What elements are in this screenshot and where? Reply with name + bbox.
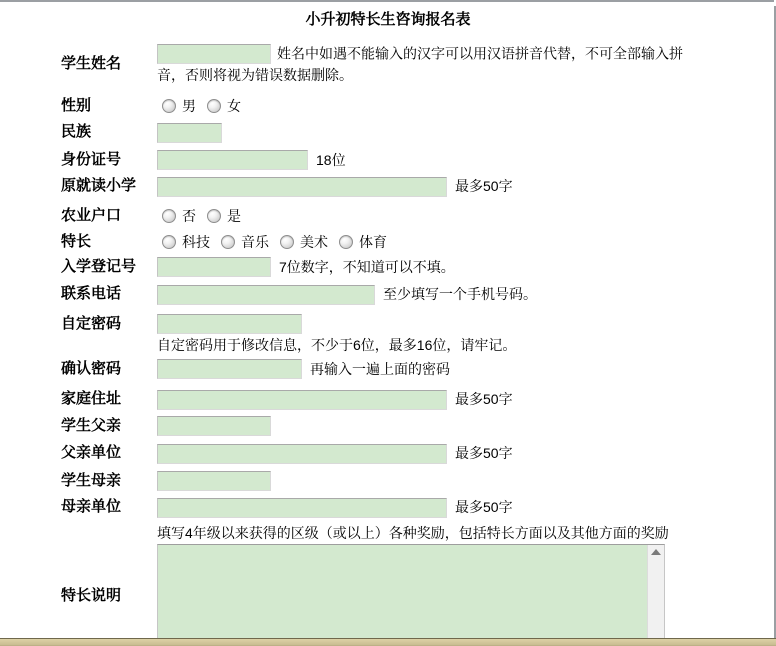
password-content: 自定密码用于修改信息，不少于6位，最多16位，请牢记。: [157, 314, 516, 354]
field-row-specialty-desc: 特长说明 填写4年级以来获得的区级（或以上）各种奖励，包括特长方面以及其他方面的…: [0, 524, 776, 646]
mother-workplace-input[interactable]: [157, 498, 447, 518]
field-row-mother: 学生母亲: [0, 471, 776, 492]
registration-form-page: 小升初特长生咨询报名表 学生姓名 姓名中如遇不能输入的汉字可以用汉语拼音代替，不…: [0, 0, 776, 646]
specialty-desc-textarea-box: [157, 544, 665, 646]
field-row-ethnicity: 民族: [0, 122, 776, 143]
confirm-password-input[interactable]: [157, 359, 302, 379]
address-input[interactable]: [157, 390, 447, 410]
phone-hint: 至少填写一个手机号码。: [383, 286, 537, 302]
mother-input[interactable]: [157, 471, 271, 491]
specialty-option-sports[interactable]: 体育: [339, 232, 387, 252]
field-row-father-workplace: 父亲单位 最多50字: [0, 443, 776, 464]
address-content: 最多50字: [157, 389, 513, 410]
field-row-gender: 性别 男 女: [0, 98, 776, 114]
address-hint: 最多50字: [455, 391, 513, 407]
radio-icon[interactable]: [162, 209, 176, 223]
father-workplace-label: 父亲单位: [61, 443, 157, 463]
gender-label: 性别: [61, 98, 157, 114]
mother-workplace-content: 最多50字: [157, 497, 513, 518]
bottom-accent-bar: [0, 638, 776, 646]
agricultural-hukou-options: 否 是: [157, 208, 252, 224]
father-workplace-hint: 最多50字: [455, 445, 513, 461]
specialty-option-science-label: 科技: [182, 232, 210, 252]
student-name-label: 学生姓名: [61, 54, 157, 74]
mother-workplace-label: 母亲单位: [61, 497, 157, 517]
enrollment-no-label: 入学登记号: [61, 257, 157, 277]
specialty-option-sports-label: 体育: [359, 232, 387, 252]
specialty-option-music-label: 音乐: [241, 232, 269, 252]
page-title: 小升初特长生咨询报名表: [0, 12, 776, 28]
id-number-hint: 18位: [316, 152, 346, 168]
textarea-scrollbar[interactable]: [647, 545, 664, 646]
field-row-specialty: 特长 科技 音乐 美术 体育: [0, 234, 776, 250]
gender-options: 男 女: [157, 98, 252, 114]
enrollment-no-content: 7位数字，不知道可以不填。: [157, 257, 455, 278]
gender-option-male-label: 男: [182, 96, 196, 116]
scroll-up-icon[interactable]: [651, 549, 661, 555]
specialty-label: 特长: [61, 234, 157, 250]
radio-icon[interactable]: [207, 99, 221, 113]
specialty-desc-label: 特长说明: [61, 586, 157, 606]
password-note: 自定密码用于修改信息，不少于6位，最多16位，请牢记。: [157, 336, 516, 354]
student-name-content: 姓名中如遇不能输入的汉字可以用汉语拼音代替，不可全部输入拼音，否则将视为错误数据…: [157, 44, 702, 84]
ethnicity-label: 民族: [61, 122, 157, 142]
radio-icon[interactable]: [339, 235, 353, 249]
password-label: 自定密码: [61, 314, 157, 334]
father-workplace-input[interactable]: [157, 444, 447, 464]
phone-content: 至少填写一个手机号码。: [157, 284, 537, 305]
father-workplace-content: 最多50字: [157, 443, 513, 464]
gender-option-male[interactable]: 男: [162, 96, 196, 116]
primary-school-label: 原就读小学: [61, 176, 157, 196]
field-row-mother-workplace: 母亲单位 最多50字: [0, 497, 776, 518]
primary-school-content: 最多50字: [157, 176, 513, 197]
specialty-desc-textarea[interactable]: [158, 545, 647, 646]
father-content: [157, 416, 271, 437]
specialty-desc-note: 填写4年级以来获得的区级（或以上）各种奖励，包括特长方面以及其他方面的奖励: [157, 524, 669, 542]
confirm-password-label: 确认密码: [61, 359, 157, 379]
frame-top-border: [0, 0, 774, 2]
specialty-desc-content: 填写4年级以来获得的区级（或以上）各种奖励，包括特长方面以及其他方面的奖励: [157, 524, 669, 646]
address-label: 家庭住址: [61, 389, 157, 409]
specialty-option-music[interactable]: 音乐: [221, 232, 269, 252]
mother-content: [157, 471, 271, 492]
mother-workplace-hint: 最多50字: [455, 499, 513, 515]
id-number-input[interactable]: [157, 150, 308, 170]
phone-label: 联系电话: [61, 284, 157, 304]
id-number-content: 18位: [157, 150, 346, 171]
confirm-password-content: 再输入一遍上面的密码: [157, 359, 450, 380]
radio-icon[interactable]: [162, 99, 176, 113]
field-row-id-number: 身份证号 18位: [0, 150, 776, 171]
password-input[interactable]: [157, 314, 302, 334]
specialty-option-art-label: 美术: [300, 232, 328, 252]
field-row-confirm-password: 确认密码 再输入一遍上面的密码: [0, 359, 776, 380]
specialty-options: 科技 音乐 美术 体育: [157, 234, 398, 250]
hukou-option-yes-label: 是: [227, 206, 241, 226]
primary-school-input[interactable]: [157, 177, 447, 197]
enrollment-no-input[interactable]: [157, 257, 271, 277]
field-row-student-name: 学生姓名 姓名中如遇不能输入的汉字可以用汉语拼音代替，不可全部输入拼音，否则将视…: [0, 44, 776, 84]
primary-school-hint: 最多50字: [455, 178, 513, 194]
specialty-option-art[interactable]: 美术: [280, 232, 328, 252]
radio-icon[interactable]: [162, 235, 176, 249]
radio-icon[interactable]: [207, 209, 221, 223]
field-row-agricultural-hukou: 农业户口 否 是: [0, 208, 776, 224]
form-body: 小升初特长生咨询报名表 学生姓名 姓名中如遇不能输入的汉字可以用汉语拼音代替，不…: [0, 0, 776, 646]
mother-label: 学生母亲: [61, 471, 157, 491]
field-row-address: 家庭住址 最多50字: [0, 389, 776, 410]
radio-icon[interactable]: [221, 235, 235, 249]
hukou-option-yes[interactable]: 是: [207, 206, 241, 226]
enrollment-no-hint: 7位数字，不知道可以不填。: [279, 259, 455, 275]
phone-input[interactable]: [157, 285, 375, 305]
field-row-password: 自定密码 自定密码用于修改信息，不少于6位，最多16位，请牢记。: [0, 314, 776, 354]
field-row-phone: 联系电话 至少填写一个手机号码。: [0, 284, 776, 305]
gender-option-female[interactable]: 女: [207, 96, 241, 116]
agricultural-hukou-label: 农业户口: [61, 208, 157, 224]
gender-option-female-label: 女: [227, 96, 241, 116]
radio-icon[interactable]: [280, 235, 294, 249]
father-input[interactable]: [157, 416, 271, 436]
field-row-enrollment-no: 入学登记号 7位数字，不知道可以不填。: [0, 257, 776, 278]
hukou-option-no[interactable]: 否: [162, 206, 196, 226]
father-label: 学生父亲: [61, 416, 157, 436]
specialty-option-science[interactable]: 科技: [162, 232, 210, 252]
hukou-option-no-label: 否: [182, 206, 196, 226]
field-row-father: 学生父亲: [0, 416, 776, 437]
ethnicity-input[interactable]: [157, 123, 222, 143]
student-name-input[interactable]: [157, 44, 271, 64]
confirm-password-hint: 再输入一遍上面的密码: [310, 361, 450, 377]
ethnicity-content: [157, 122, 222, 143]
field-row-primary-school: 原就读小学 最多50字: [0, 176, 776, 197]
id-number-label: 身份证号: [61, 150, 157, 170]
